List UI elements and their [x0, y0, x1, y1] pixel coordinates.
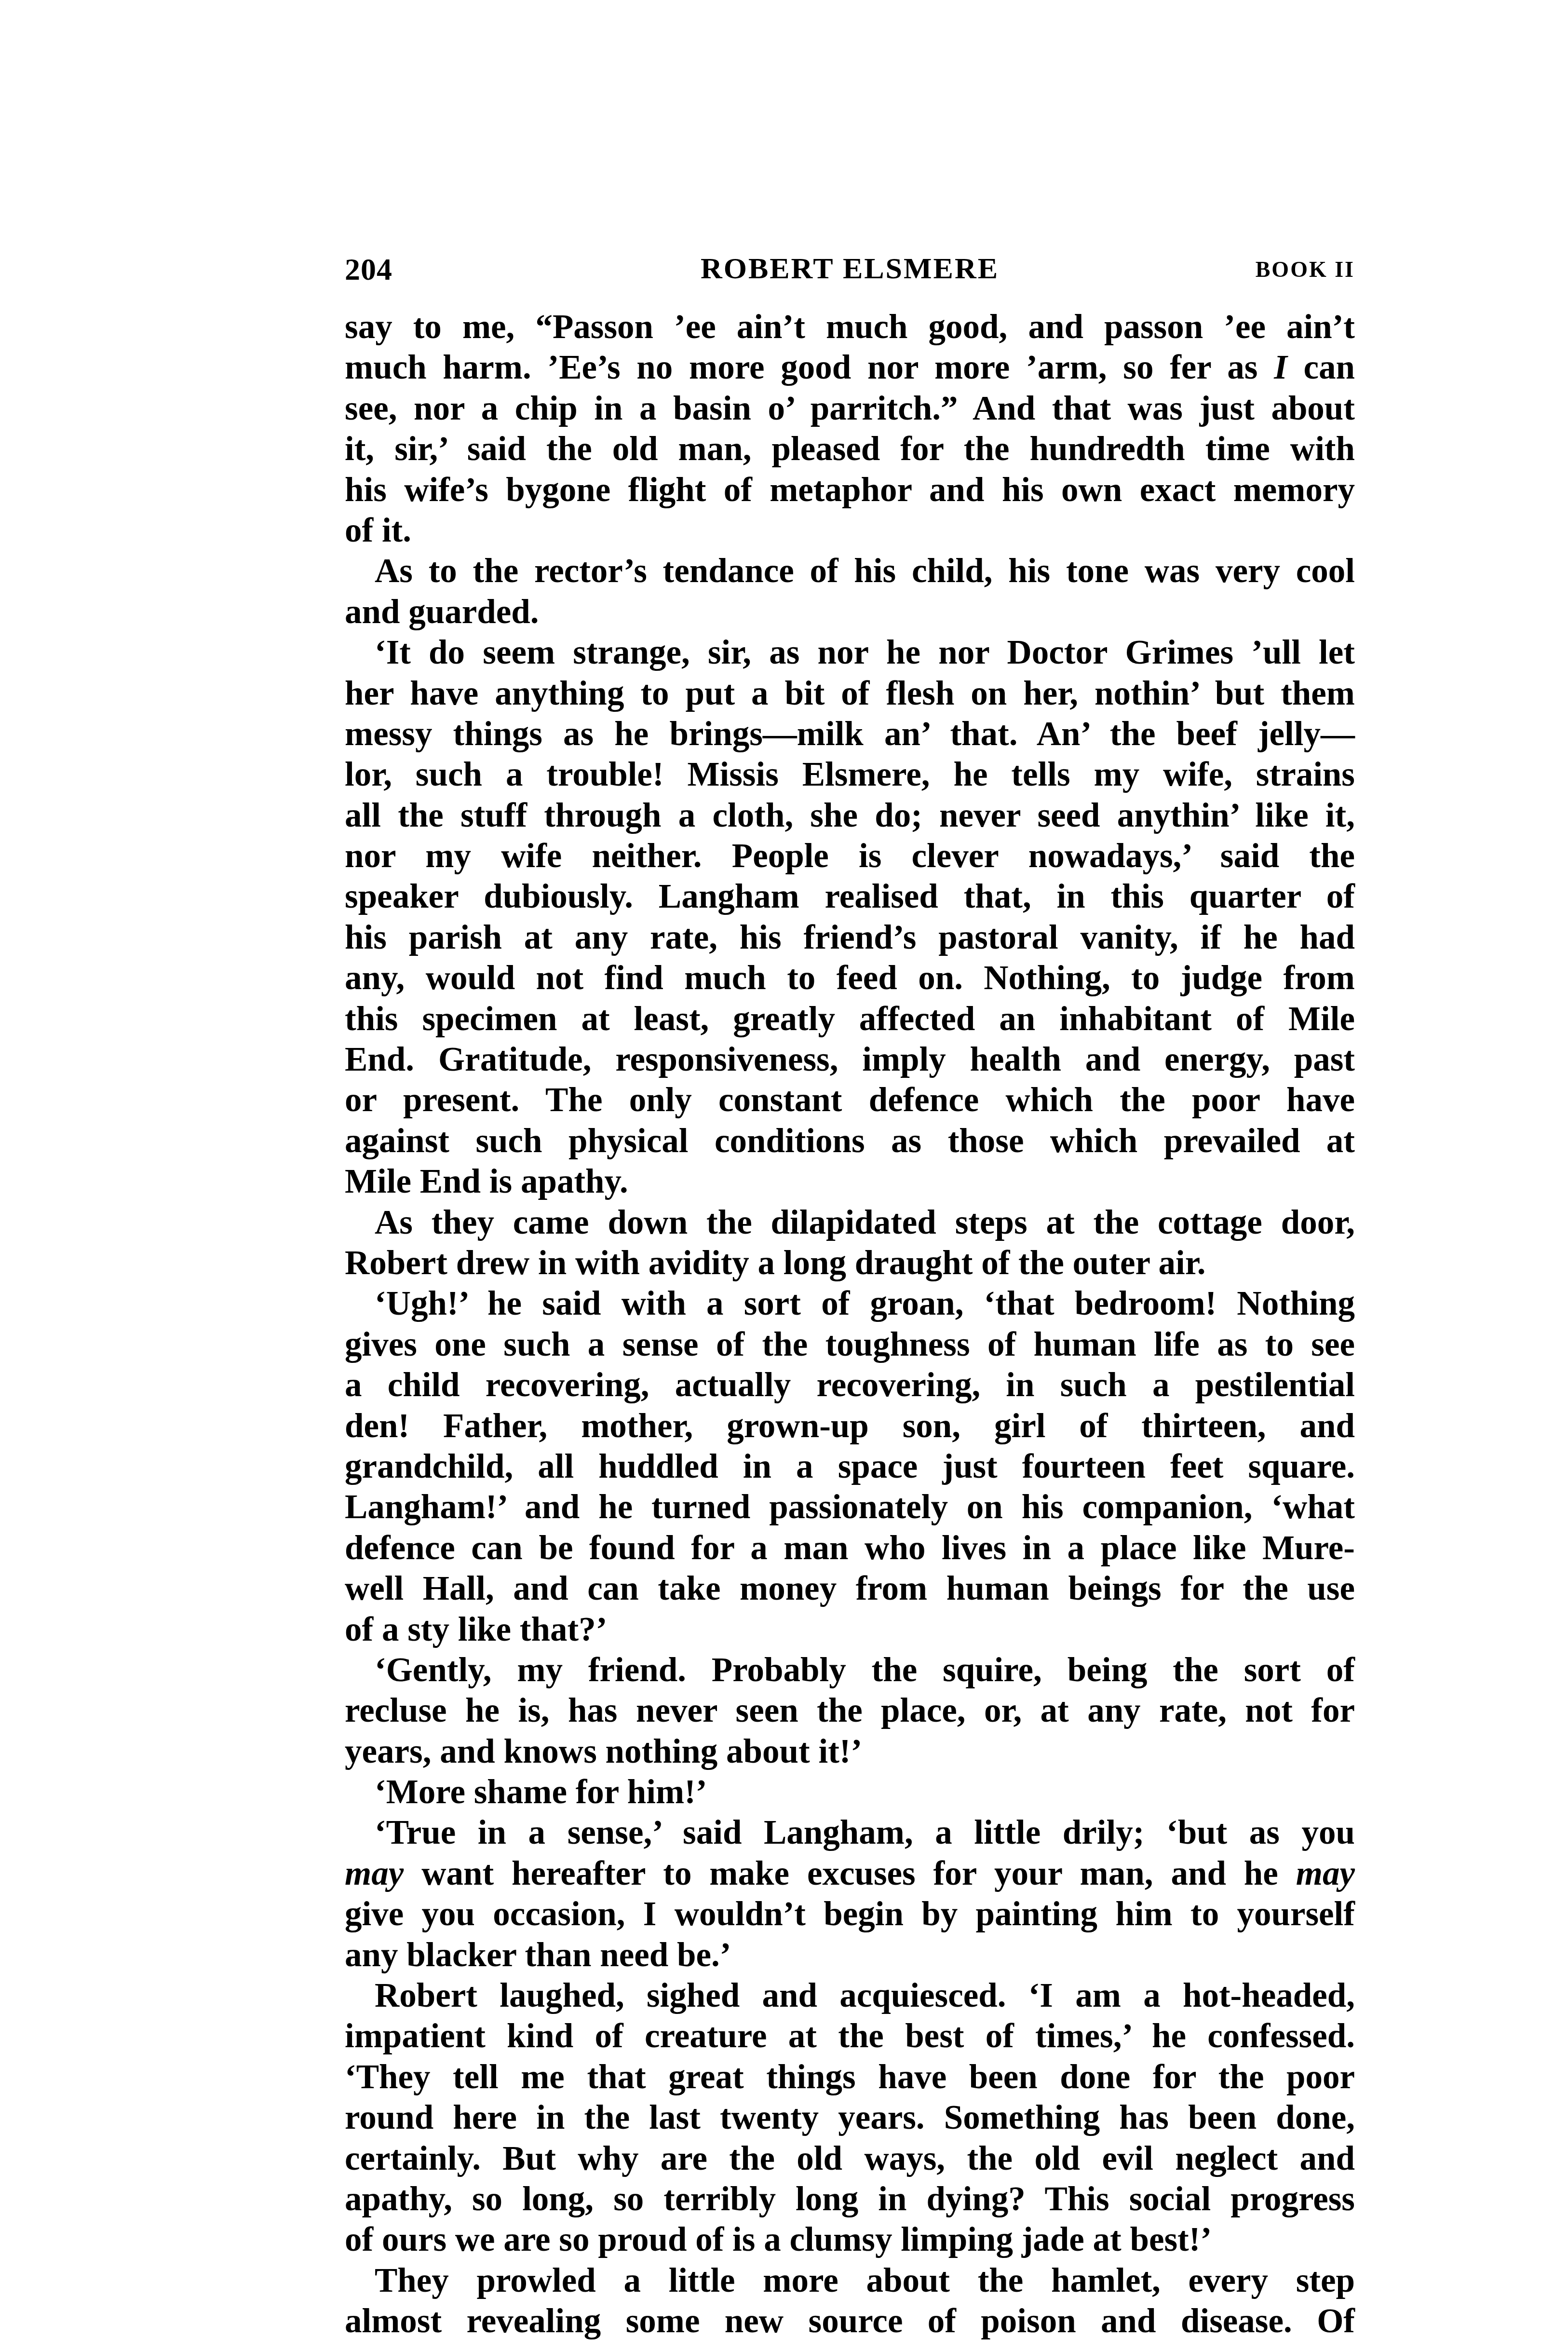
- text-line: round here in the last twenty years. Som…: [345, 2097, 1355, 2138]
- text-line: den! Father, mother, grown-up son, girl …: [345, 1406, 1355, 1446]
- text-line: give you occasion, I wouldn’t begin by p…: [345, 1894, 1355, 1934]
- text-line: defence can be found for a man who lives…: [345, 1528, 1355, 1568]
- text-line: years, and knows nothing about it!’: [345, 1731, 1355, 1772]
- text-line: of ours we are so proud of is a clumsy l…: [345, 2219, 1355, 2260]
- text-line: his parish at any rate, his friend’s pas…: [345, 917, 1355, 958]
- text-line: impatient kind of creature at the best o…: [345, 2016, 1355, 2056]
- text-line: lor, such a trouble! Missis Elsmere, he …: [345, 754, 1355, 795]
- text-line: against such physical conditions as thos…: [345, 1121, 1355, 1161]
- text-span: can: [1287, 349, 1355, 386]
- italic-word: may: [345, 1855, 404, 1892]
- text-line: nor my wife neither. People is clever no…: [345, 836, 1355, 876]
- paragraph-start: ‘More shame for him!’: [345, 1772, 1355, 1812]
- text-line: Robert drew in with avidity a long draug…: [345, 1243, 1355, 1283]
- paragraph-start: ‘Ugh!’ he said with a sort of groan, ‘th…: [345, 1283, 1355, 1324]
- text-span: want hereafter to make excuses for your …: [404, 1855, 1296, 1892]
- text-line: almost revealing some new source of pois…: [345, 2301, 1355, 2341]
- paragraph-start: They prowled a little more about the ham…: [345, 2260, 1355, 2301]
- text-line: may want hereafter to make excuses for y…: [345, 1853, 1355, 1894]
- text-line: all the stuff through a cloth, she do; n…: [345, 795, 1355, 836]
- text-line: Mile End is apathy.: [345, 1161, 1355, 1202]
- running-head: 204 ROBERT ELSMERE BOOK II: [345, 241, 1355, 285]
- text-line: any blacker than need be.’: [345, 1935, 1355, 1975]
- italic-word: may: [1296, 1855, 1355, 1892]
- paragraph-start: As to the rector’s tendance of his child…: [345, 551, 1355, 591]
- text-line: recluse he is, has never seen the place,…: [345, 1690, 1355, 1731]
- text-line: ‘They tell me that great things have bee…: [345, 2057, 1355, 2097]
- italic-word: I: [1274, 349, 1287, 386]
- text-line: of a sty like that?’: [345, 1609, 1355, 1650]
- text-line: much harm. ’Ee’s no more good nor more ’…: [345, 347, 1355, 388]
- paragraph-start: As they came down the dilapidated steps …: [345, 1202, 1355, 1243]
- text-line: his wife’s bygone flight of metaphor and…: [345, 470, 1355, 510]
- paragraph-start: ‘It do seem strange, sir, as nor he nor …: [345, 632, 1355, 673]
- text-line: see, nor a chip in a basin o’ parritch.”…: [345, 388, 1355, 429]
- book-page: 204 ROBERT ELSMERE BOOK II say to me, “P…: [0, 0, 1568, 2352]
- text-line: her have anything to put a bit of flesh …: [345, 673, 1355, 714]
- text-line: say to me, “Passon ’ee ain’t much good, …: [345, 307, 1355, 347]
- paragraph-start: Robert laughed, sighed and acquiesced. ‘…: [345, 1975, 1355, 2016]
- text-line: apathy, so long, so terribly long in dyi…: [345, 2179, 1355, 2219]
- text-line: speaker dubiously. Langham realised that…: [345, 876, 1355, 917]
- text-line: a child recovering, actually recovering,…: [345, 1365, 1355, 1405]
- text-line: grandchild, all huddled in a space just …: [345, 1446, 1355, 1487]
- text-line: well Hall, and can take money from human…: [345, 1568, 1355, 1609]
- text-line: Langham!’ and he turned passionately on …: [345, 1487, 1355, 1527]
- text-span: much harm. ’Ee’s no more good nor more ’…: [345, 349, 1274, 386]
- book-title: ROBERT ELSMERE: [345, 252, 1355, 286]
- text-line: it, sir,’ said the old man, pleased for …: [345, 429, 1355, 469]
- text-line: any, would not find much to feed on. Not…: [345, 958, 1355, 998]
- book-section: BOOK II: [1256, 257, 1355, 282]
- text-line: End. Gratitude, responsiveness, imply he…: [345, 1039, 1355, 1080]
- text-line: messy things as he brings—milk an’ that.…: [345, 714, 1355, 754]
- text-line: and guarded.: [345, 592, 1355, 632]
- paragraph-start: ‘True in a sense,’ said Langham, a littl…: [345, 1812, 1355, 1853]
- body-text: say to me, “Passon ’ee ain’t much good, …: [345, 307, 1355, 2342]
- text-line: certainly. But why are the old ways, the…: [345, 2138, 1355, 2179]
- text-line: or present. The only constant defence wh…: [345, 1080, 1355, 1120]
- text-line: of it.: [345, 510, 1355, 551]
- text-line: gives one such a sense of the toughness …: [345, 1324, 1355, 1365]
- paragraph-start: ‘Gently, my friend. Probably the squire,…: [345, 1650, 1355, 1690]
- text-line: this specimen at least, greatly affected…: [345, 999, 1355, 1039]
